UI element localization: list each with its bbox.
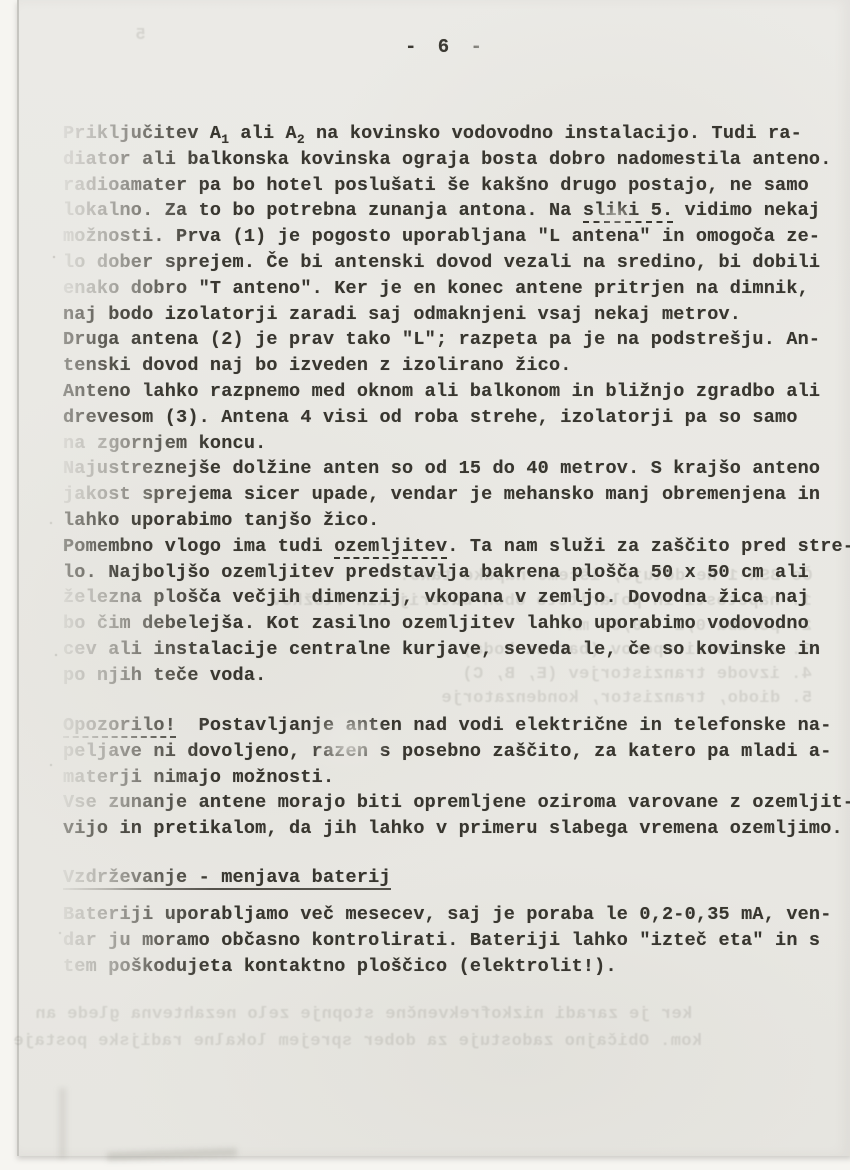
text-segment: cev ali instalacije centralne kurjave, s… (63, 639, 820, 660)
text-segment: radioamater pa bo hotel poslušati še kak… (63, 175, 809, 196)
text-line: Najustreznejše dolžine anten so od 15 do… (63, 456, 850, 482)
text-segment: Vse zunanje antene morajo biti opremljen… (63, 792, 850, 813)
text-segment: Postavljanje anten nad vodi električne i… (176, 715, 832, 736)
text-line: po njih teče voda. (63, 663, 850, 689)
text-line: Priključitev A1 ali A2 na kovinsko vodov… (63, 121, 850, 147)
text-line: bo čim debelejša. Kot zasilno ozemljitev… (63, 611, 850, 637)
text-line: lokalno. Za to bo potrebna zunanja anton… (63, 198, 850, 224)
text-segment: jakost sprejema sicer upade, vendar je m… (63, 484, 820, 505)
text-segment: enako dobro "T anteno". Ker je en konec … (63, 278, 809, 299)
text-segment: na zgornjem koncu. (63, 433, 266, 454)
text-segment: ali A (229, 123, 297, 144)
text-segment: naj bodo izolatorji zaradi saj odmaknjen… (63, 304, 741, 325)
text-line: Bateriji uporabljamo več mesecev, saj je… (63, 902, 832, 928)
text-line: materji nimajo možnosti. (63, 765, 850, 791)
text-segment: drevesom (3). Antena 4 visi od roba stre… (63, 407, 798, 428)
subscript-text: 1 (221, 132, 229, 147)
text-line: lo dober sprejem. Če bi antenski dovod v… (63, 250, 850, 276)
text-line: železna plošča večjih dimenzij, vkopana … (63, 585, 850, 611)
text-line: jakost sprejema sicer upade, vendar je m… (63, 482, 850, 508)
text-segment: materji nimajo možnosti. (63, 767, 334, 788)
text-line: tenski dovod naj bo izveden z izolirano … (63, 353, 850, 379)
paper-sheet: - 6 - 5Če BSR-1 ne deluje, iščemo napako… (17, 0, 850, 1156)
text-line: drevesom (3). Antena 4 visi od roba stre… (63, 405, 850, 431)
text-segment: lahko uporabimo tanjšo žico. (63, 510, 379, 531)
text-line: dar ju moramo občasno kontrolirati. Bate… (63, 928, 832, 954)
text-segment: tenski dovod naj bo izveden z izolirano … (63, 355, 572, 376)
paragraph-batteries: Bateriji uporabljamo več mesecev, saj je… (63, 902, 832, 979)
text-line: lahko uporabimo tanjšo žico. (63, 508, 850, 534)
text-segment: lo dober sprejem. Če bi antenski dovod v… (63, 252, 820, 273)
text-segment: možnosti. Prva (1) je pogosto uporabljan… (63, 226, 820, 247)
text-line: možnosti. Prva (1) je pogosto uporabljan… (63, 224, 850, 250)
underlined-phrase: ozemljitev (334, 536, 447, 559)
text-line: vijo in pretikalom, da jih lahko v prime… (63, 816, 850, 842)
paragraph-warning: Opozorilo! Postavljanje anten nad vodi e… (63, 713, 850, 842)
text-line: Anteno lahko razpnemo med oknom ali balk… (63, 379, 850, 405)
text-line: cev ali instalacije centralne kurjave, s… (63, 637, 850, 663)
text-segment: Bateriji uporabljamo več mesecev, saj je… (63, 904, 832, 925)
text-segment: lokalno. Za to bo potrebna zunanja anton… (63, 200, 583, 221)
text-line: Pomembno vlogo ima tudi ozemljitev. Ta n… (63, 534, 850, 560)
text-segment: Pomembno vlogo ima tudi (63, 536, 334, 557)
text-segment: peljave ni dovoljeno, razen s posebno za… (63, 741, 832, 762)
underlined-phrase: sliki 5. (583, 200, 673, 223)
text-segment: Priključitev A (63, 123, 221, 144)
section-heading-maintenance: Vzdrževanje - menjava baterij (63, 865, 391, 891)
text-segment: po njih teče voda. (63, 665, 266, 686)
text-line: naj bodo izolatorji zaradi saj odmaknjen… (63, 302, 850, 328)
text-segment: Anteno lahko razpnemo med oknom ali balk… (63, 381, 820, 402)
text-segment: Najustreznejše dolžine anten so od 15 do… (63, 458, 820, 479)
typewritten-body: Priključitev A1 ali A2 na kovinsko vodov… (19, 0, 850, 1156)
paragraph-antennas: Priključitev A1 ali A2 na kovinsko vodov… (63, 121, 850, 689)
text-segment: Druga antena (2) je prav tako "L"; razpe… (63, 329, 820, 350)
text-segment: bo čim debelejša. Kot zasilno ozemljitev… (63, 613, 809, 634)
underlined-phrase: Opozorilo! (63, 715, 176, 738)
text-line: Druga antena (2) je prav tako "L"; razpe… (63, 327, 850, 353)
text-line: na zgornjem koncu. (63, 431, 850, 457)
section-heading-line: Vzdrževanje - menjava baterij (63, 865, 391, 891)
text-segment: železna plošča večjih dimenzij, vkopana … (63, 587, 809, 608)
text-line: Vse zunanje antene morajo biti opremljen… (63, 790, 850, 816)
text-line: diator ali balkonska kovinska ograja bos… (63, 147, 850, 173)
text-line: tem poškodujeta kontaktno ploščico (elek… (63, 954, 832, 980)
text-segment: tem poškodujeta kontaktno ploščico (elek… (63, 956, 617, 977)
text-segment: vijo in pretikalom, da jih lahko v prime… (63, 818, 843, 839)
text-line: lo. Najboljšo ozemljitev predstavlja bak… (63, 560, 850, 586)
text-segment: vidimo nekaj (673, 200, 820, 221)
text-segment: lo. Najboljšo ozemljitev predstavlja bak… (63, 562, 809, 583)
text-segment: . Ta nam služi za zaščito pred stre- (447, 536, 850, 557)
text-segment: na kovinsko vodovodno instalacijo. Tudi … (305, 123, 802, 144)
text-line: peljave ni dovoljeno, razen s posebno za… (63, 739, 850, 765)
text-segment: dar ju moramo občasno kontrolirati. Bate… (63, 930, 820, 951)
scanned-document: { "page_number": "- 6 -", "colors": { "p… (0, 0, 850, 1170)
text-line: enako dobro "T anteno". Ker je en konec … (63, 276, 850, 302)
subscript-text: 2 (297, 132, 305, 147)
text-line: Opozorilo! Postavljanje anten nad vodi e… (63, 713, 850, 739)
underlined-phrase: Vzdrževanje - menjava baterij (63, 867, 391, 890)
text-segment: diator ali balkonska kovinska ograja bos… (63, 149, 832, 170)
text-line: radioamater pa bo hotel poslušati še kak… (63, 173, 850, 199)
